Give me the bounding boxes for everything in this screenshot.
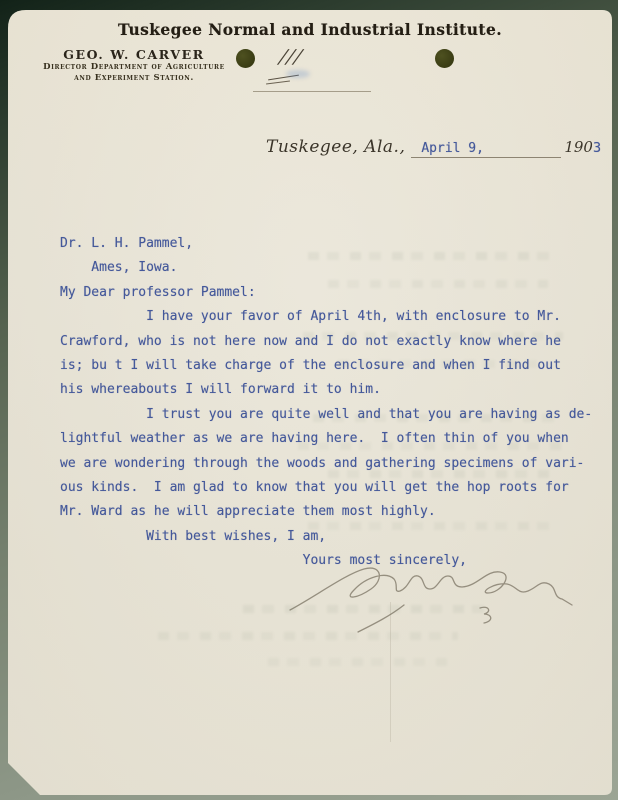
bleed-through-artifact — [338, 360, 548, 368]
pencil-rule-line — [253, 91, 371, 92]
dateline: Tuskegee, Ala., April 9, 190 3 — [266, 137, 601, 158]
bleed-through-artifact — [298, 442, 563, 450]
carver-signature — [286, 558, 576, 636]
bleed-through-artifact — [328, 280, 548, 288]
recipient-line: Ames, Iowa. — [60, 256, 576, 280]
bleed-through-artifact — [308, 522, 553, 530]
dateline-year-typed-digit: 3 — [593, 140, 601, 156]
officer-title-line-1: Director Department of Agriculture — [38, 62, 230, 73]
bleed-through-artifact — [328, 470, 553, 478]
dateline-fill-in-line: April 9, — [411, 137, 525, 158]
bleed-through-artifact — [268, 658, 448, 666]
dateline-blank-line — [525, 137, 561, 158]
dateline-place-printed: Tuskegee, Ala., — [266, 137, 405, 157]
dateline-year-printed: 190 — [564, 138, 593, 156]
paper-fold-line — [390, 602, 391, 742]
body-line: I have your favor of April 4th, with enc… — [60, 305, 576, 329]
letterhead-officer-block: GEO. W. CARVER Director Department of Ag… — [38, 47, 230, 83]
handwritten-filing-mark: /// — [278, 46, 305, 68]
letter-paper: Tuskegee Normal and Industrial Institute… — [8, 10, 612, 795]
bleed-through-artifact — [303, 332, 563, 340]
signature-ink — [286, 558, 576, 636]
mark-underline — [266, 81, 290, 85]
scanned-letter-page: { "colors": { "scan_background_dark": "#… — [0, 0, 618, 800]
bleed-through-artifact — [158, 632, 458, 640]
bleed-through-artifact — [308, 252, 558, 260]
dateline-typed-date: April 9, — [421, 141, 484, 156]
officer-title-line-2: and Experiment Station. — [38, 73, 230, 84]
body-line: his whereabouts I will forward it to him… — [60, 378, 576, 402]
bleed-through-artifact — [313, 414, 563, 422]
ink-smudge — [286, 70, 310, 78]
bleed-through-artifact — [243, 605, 493, 613]
body-line: ous kinds. I am glad to know that you wi… — [60, 476, 576, 500]
officer-name: GEO. W. CARVER — [38, 47, 230, 62]
punch-hole-right — [435, 49, 454, 68]
punch-hole-left — [236, 49, 255, 68]
letterhead-institution-title: Tuskegee Normal and Industrial Institute… — [8, 20, 612, 39]
